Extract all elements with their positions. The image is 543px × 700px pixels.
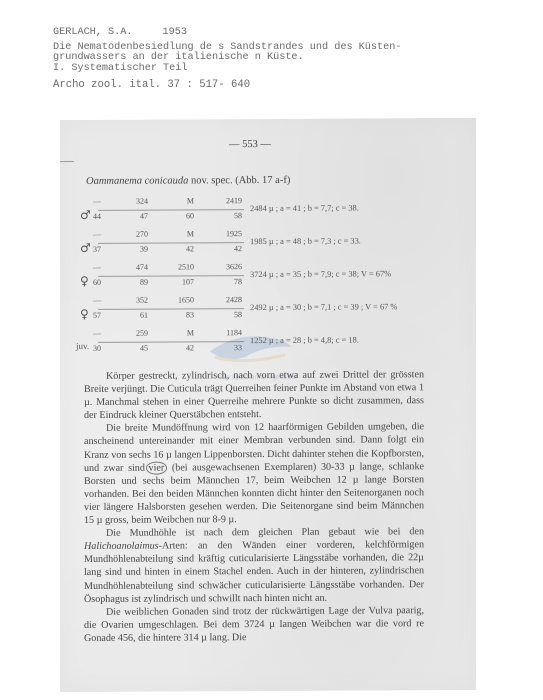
formula-value: 78 xyxy=(212,277,242,286)
formula-value: 89 xyxy=(118,278,148,287)
de-man-formula: —3521650242857618358 xyxy=(94,295,244,324)
citation-title-line-2: grundwassers an der italienische n Küste… xyxy=(53,53,523,64)
formula-value: 83 xyxy=(164,310,194,319)
formula-value: 44 xyxy=(88,212,106,221)
measurement-row: ♀—474251036266089107783724 µ ; a = 35 ; … xyxy=(80,259,480,294)
formula-value: 58 xyxy=(212,310,242,319)
formula-value: — xyxy=(88,197,106,206)
formula-value: 47 xyxy=(118,212,148,221)
page-edge-mark xyxy=(60,161,74,162)
citation-author-line: GERLACH, S.A.1953 xyxy=(53,28,523,39)
formula-value: 30 xyxy=(88,344,106,353)
measurement-summary: 2492 µ ; a = 30 ; b = 7,1 ; c = 39 ; V =… xyxy=(250,302,397,312)
formula-value: M xyxy=(164,196,194,205)
formula-value: 1650 xyxy=(164,295,194,304)
formula-value: 61 xyxy=(118,311,148,320)
formula-value: 42 xyxy=(212,244,242,253)
formula-value: 1184 xyxy=(212,328,242,337)
body-text: Körper gestreckt, zylindrisch, nach vorn… xyxy=(84,368,424,645)
de-man-formula: —270M192537394242 xyxy=(94,229,244,258)
formula-value: 107 xyxy=(164,277,194,286)
formula-value: — xyxy=(88,263,106,272)
measurement-row: ♂—324M2419444760582484 µ ; a = 41 ; b = … xyxy=(80,193,480,228)
formula-value: 270 xyxy=(118,230,148,239)
paragraph-body-shape: Körper gestreckt, zylindrisch, nach vorn… xyxy=(84,368,424,422)
scanned-page: — 553 — Oammanema conicauda nov. spec. (… xyxy=(60,118,476,692)
formula-numerator: —35216502428 xyxy=(94,295,244,308)
formula-value: 60 xyxy=(164,211,194,220)
formula-value: 45 xyxy=(118,344,148,353)
formula-value: 39 xyxy=(118,245,148,254)
index-card: GERLACH, S.A.1953 Die Nematodenbesiedlun… xyxy=(53,28,523,91)
measurement-row: ♂—270M1925373942421985 µ ; a = 48 ; b = … xyxy=(80,226,480,261)
formula-value: — xyxy=(88,230,106,239)
paragraph-buccal-cavity: Die Mundhöhle ist nach dem gleichen Plan… xyxy=(84,525,424,605)
formula-value: 37 xyxy=(88,245,106,254)
formula-value: 324 xyxy=(118,197,148,206)
formula-value: — xyxy=(88,296,106,305)
formula-value: 58 xyxy=(212,211,242,220)
measurement-row: juv.—259M1184304542331252 µ ; a = 28 ; b… xyxy=(80,325,480,360)
genus-name: Halichoanolaimus xyxy=(84,541,159,552)
measurement-summary: 1985 µ ; a = 48 ; b = 7,3 ; c = 33. xyxy=(250,237,361,247)
formula-denominator: 37394242 xyxy=(94,244,244,257)
formula-value: 3626 xyxy=(212,262,242,271)
measurement-table: ♂—324M2419444760582484 µ ; a = 41 ; b = … xyxy=(80,193,480,360)
formula-numerator: —47425103626 xyxy=(94,262,244,275)
formula-value: 2428 xyxy=(212,295,242,304)
measurement-row: ♀—35216502428576183582492 µ ; a = 30 ; b… xyxy=(80,292,480,327)
formula-value: 60 xyxy=(88,278,106,287)
page-number: — 553 — xyxy=(60,138,440,151)
paragraph-gonads: Die weiblichen Gonaden sind trotz der rü… xyxy=(84,604,424,645)
formula-numerator: —270M1925 xyxy=(94,229,244,242)
species-suffix: nov. spec. (Abb. 17 a-f) xyxy=(188,175,290,187)
formula-denominator: 44476058 xyxy=(94,211,244,224)
formula-value: 2510 xyxy=(164,262,194,271)
de-man-formula: —47425103626608910778 xyxy=(94,262,244,291)
de-man-formula: —324M241944476058 xyxy=(94,196,244,225)
citation-title-line-3: I. Systematischer Teil xyxy=(53,64,523,75)
formula-value: M xyxy=(164,328,194,337)
formula-value: 33 xyxy=(212,343,242,352)
circled-word: vier xyxy=(146,461,168,474)
formula-value: M xyxy=(164,229,194,238)
paragraph-mouth-setae: Die breite Mundöffnung wird von 12 haarf… xyxy=(84,421,424,528)
formula-numerator: —324M2419 xyxy=(94,196,244,209)
species-heading: Oammanema conicauda nov. spec. (Abb. 17 … xyxy=(86,174,446,187)
formula-value: 42 xyxy=(164,244,194,253)
formula-numerator: —259M1184 xyxy=(94,328,244,341)
de-man-formula: —259M118430454233 xyxy=(94,328,244,357)
formula-value: 57 xyxy=(88,311,106,320)
formula-value: 42 xyxy=(164,343,194,352)
formula-denominator: 30454233 xyxy=(94,343,244,356)
formula-denominator: 608910778 xyxy=(94,277,244,290)
measurement-summary: 3724 µ ; a = 35 ; b = 7,9; c = 38; V = 6… xyxy=(250,269,391,279)
measurement-summary: 2484 µ ; a = 41 ; b = 7,7; c = 38. xyxy=(250,204,359,214)
formula-value: — xyxy=(88,329,106,338)
citation-source: Archo zool. ital. 37 : 517- 640 xyxy=(53,80,523,91)
formula-value: 259 xyxy=(118,329,148,338)
formula-value: 352 xyxy=(118,296,148,305)
citation-author: GERLACH, S.A. xyxy=(53,27,132,38)
citation-year: 1953 xyxy=(162,27,186,38)
formula-value: 474 xyxy=(118,263,148,272)
formula-value: 2419 xyxy=(212,196,242,205)
formula-denominator: 57618358 xyxy=(94,310,244,323)
measurement-summary: 1252 µ ; a = 28 ; b = 4,8; c = 18. xyxy=(250,336,359,346)
formula-value: 1925 xyxy=(212,229,242,238)
species-name: Oammanema conicauda xyxy=(86,175,188,187)
